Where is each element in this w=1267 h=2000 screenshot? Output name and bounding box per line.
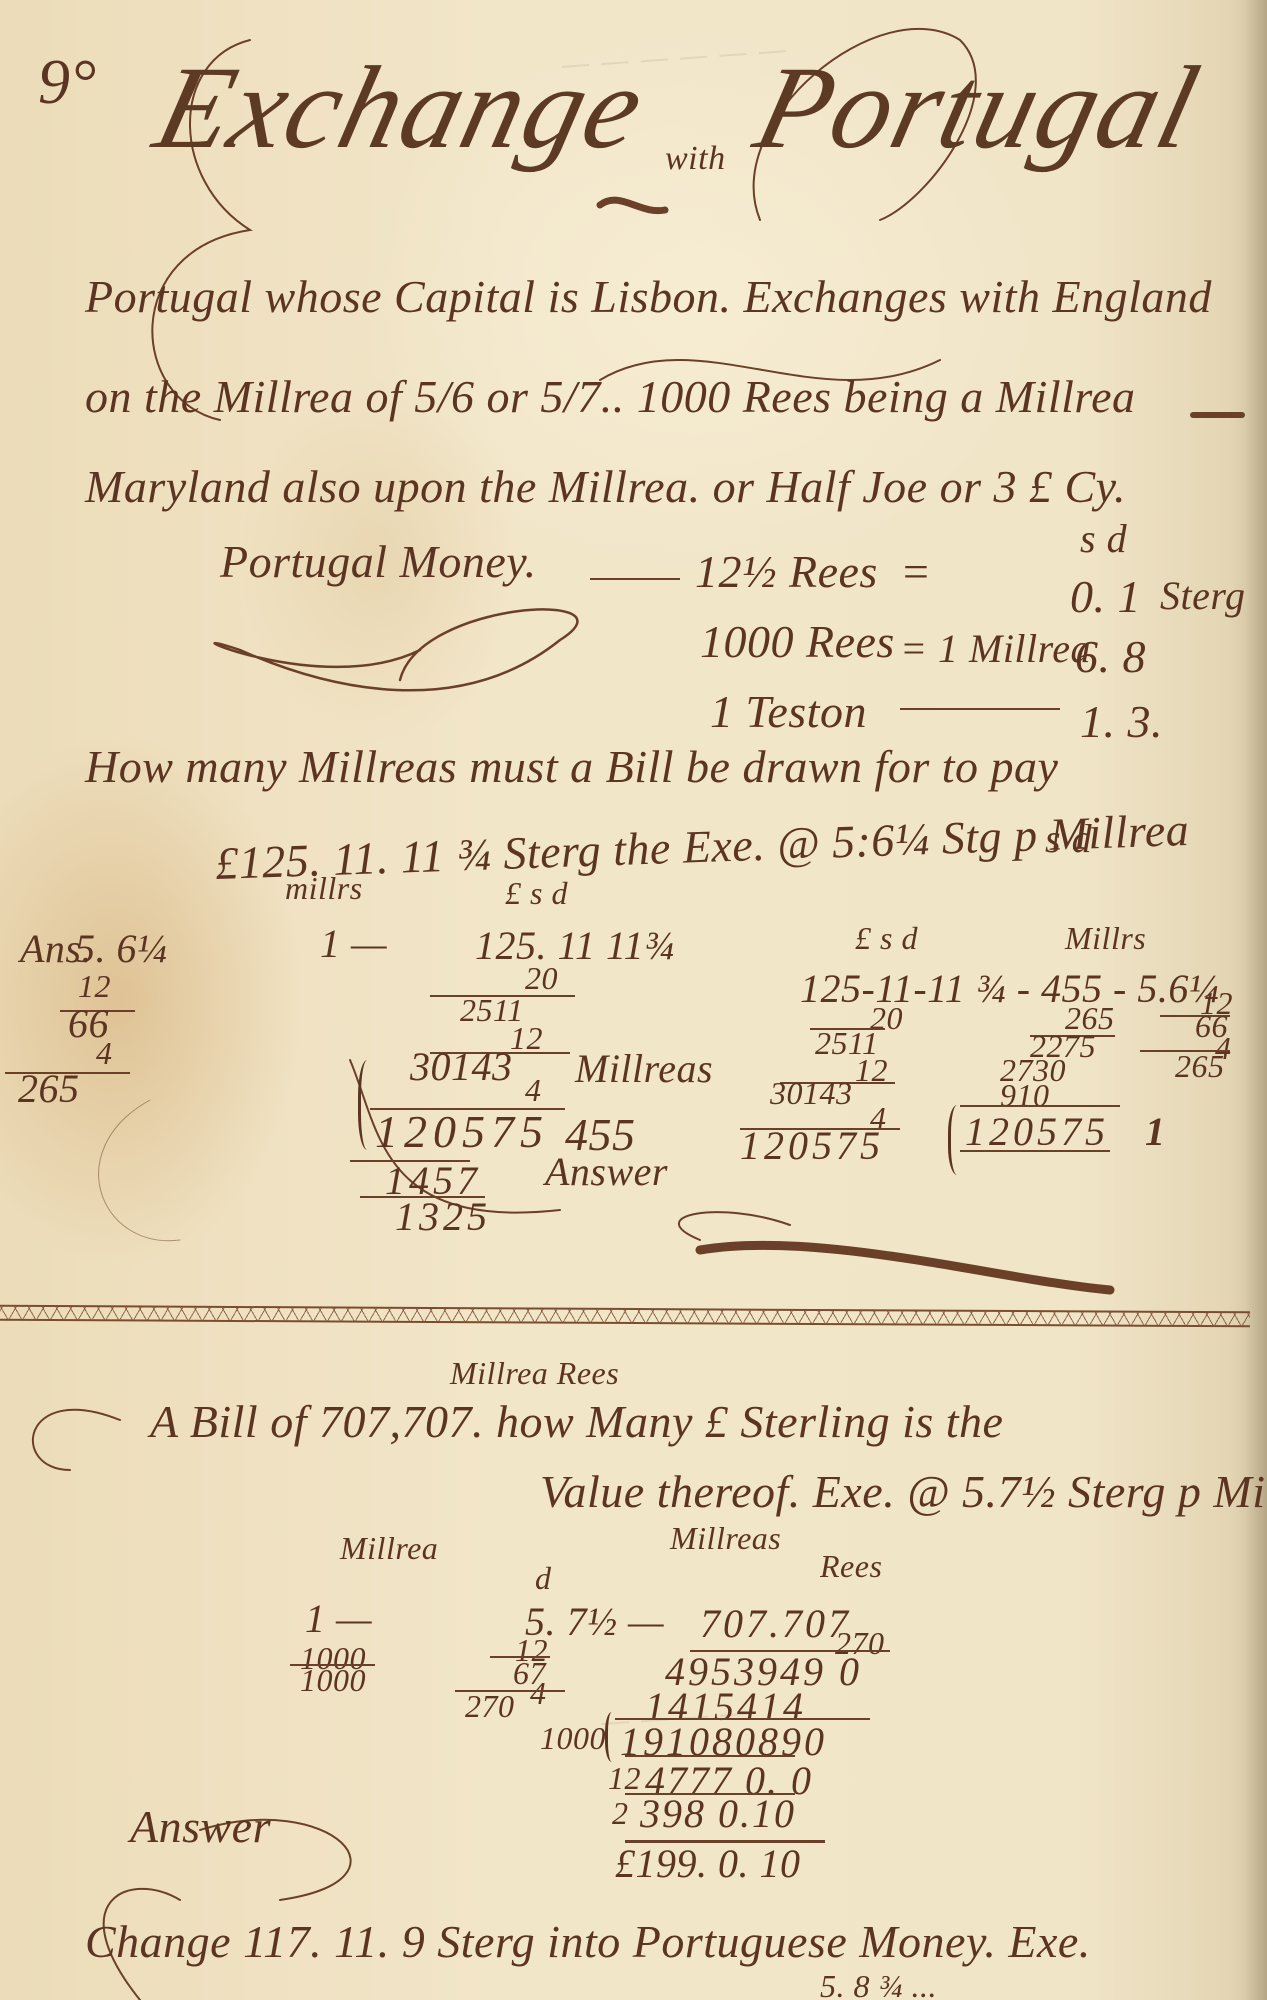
leader-line bbox=[590, 578, 680, 580]
money-table-sd-header: s d bbox=[1080, 515, 1127, 562]
section-number: 9° bbox=[38, 45, 97, 119]
money-row-3-left: 1 Teston bbox=[710, 685, 867, 738]
p1-left-step: 4 bbox=[96, 1035, 113, 1072]
intro-line-2: on the Millrea of 5/6 or 5/7.. 1000 Rees… bbox=[85, 370, 1136, 423]
p2-mid-step: 4 bbox=[530, 1675, 547, 1712]
p1-right-millrs: Millrs bbox=[1065, 920, 1146, 957]
leader-line bbox=[900, 708, 1060, 710]
ink-dash bbox=[1190, 412, 1245, 418]
p2-label-millrea: Millrea bbox=[340, 1530, 438, 1567]
title-with: with bbox=[665, 140, 726, 178]
p2-annotation: Millrea Rees bbox=[450, 1355, 619, 1392]
p2-answer-value: £199. 0. 10 bbox=[615, 1840, 801, 1887]
zigzag-divider bbox=[0, 1305, 1250, 1328]
p2-mid-step: 270 bbox=[465, 1688, 515, 1725]
p2-label-millreas: Millreas bbox=[670, 1520, 781, 1557]
p2-divisor-12: 12 bbox=[608, 1760, 641, 1797]
calc-rule bbox=[960, 1105, 1120, 1107]
page-edge-shadow bbox=[1245, 0, 1267, 2000]
p1-mid-step: 20 bbox=[525, 960, 558, 997]
p2-label-d: d bbox=[535, 1560, 552, 1597]
money-row-3-value: 1. 3. bbox=[1080, 695, 1163, 748]
money-table-heading: Portugal Money. bbox=[220, 535, 537, 588]
p2-divisor-2: 2 bbox=[612, 1795, 629, 1832]
p2-answer-label: Answer bbox=[130, 1800, 271, 1853]
p1-mid-first: 1 — bbox=[320, 920, 387, 967]
p2-line-1: A Bill of 707,707. how Many £ Sterling i… bbox=[150, 1395, 1003, 1448]
p1-mid-step: 30143 bbox=[410, 1043, 513, 1090]
problem1-question: How many Millreas must a Bill be drawn f… bbox=[85, 740, 1058, 793]
calc-rule bbox=[960, 1150, 1110, 1152]
p3-line: Change 117. 11. 9 Sterg into Portuguese … bbox=[85, 1915, 1091, 1968]
p2-line-2: Value thereof. Exe. @ 5.7½ Sterg p Millr… bbox=[540, 1465, 1267, 1518]
p1-right-step: 30143 bbox=[770, 1075, 853, 1112]
p1-right-header: £ s d bbox=[855, 920, 918, 957]
p2-left-step: 1 — bbox=[305, 1595, 372, 1642]
p1-mid-header: £ s d bbox=[505, 875, 568, 912]
money-row-1-equals: = bbox=[900, 545, 932, 598]
money-row-2-left: 1000 Rees bbox=[700, 615, 895, 668]
money-row-2-equals: = 1 Millrea bbox=[900, 625, 1091, 672]
p2-right-step: 707.707 bbox=[700, 1600, 851, 1647]
p1-proof-quotient: 1 bbox=[1145, 1108, 1166, 1155]
title-portugal: Portugal bbox=[743, 40, 1212, 176]
money-row-1-value: 0. 1 bbox=[1070, 570, 1141, 623]
intro-line-1: Portugal whose Capital is Lisbon. Exchan… bbox=[85, 270, 1212, 323]
p3-partial: 5. 8 ¾ ... bbox=[820, 1968, 937, 2000]
money-row-1-left: 12½ Rees bbox=[695, 545, 878, 598]
p1-right-amount: 125-11-11 ¾ - 455 - 5.6¼ bbox=[800, 965, 1219, 1012]
money-row-1-unit: Sterg bbox=[1160, 572, 1245, 619]
p1-proof-dividend: 120575 bbox=[965, 1108, 1109, 1155]
p1-unit-label: Millreas bbox=[575, 1045, 713, 1092]
money-row-2-value: 6. 8 bbox=[1075, 630, 1146, 683]
intro-line-3: Maryland also upon the Millrea. or Half … bbox=[85, 460, 1126, 513]
problem1-millrs-label: millrs bbox=[285, 870, 363, 907]
p1-right-step: 120575 bbox=[740, 1122, 884, 1169]
p1-mid-remainder: 1325 bbox=[395, 1193, 491, 1240]
manuscript-page: — — — — — — — — — — bbox=[0, 0, 1267, 2000]
p1-mid-step: 4 bbox=[525, 1072, 542, 1109]
p2-right-step: 398 0.10 bbox=[640, 1790, 796, 1837]
p1-right-step: 265 bbox=[1175, 1048, 1225, 1085]
p1-answer-label: Answer bbox=[545, 1148, 668, 1195]
p2-divisor-1000: 1000 bbox=[540, 1720, 606, 1757]
p1-left-step: 265 bbox=[18, 1065, 80, 1112]
p1-mid-amount: 125. 11 11¾ bbox=[475, 922, 675, 969]
p2-label-rees: Rees bbox=[820, 1548, 882, 1585]
p1-left-rate: 5. 6¼ bbox=[75, 925, 168, 972]
p1-mid-dividend: 120575 bbox=[375, 1105, 549, 1158]
title-exchange: Exchange bbox=[143, 40, 658, 176]
p2-left-step: 1000 bbox=[300, 1662, 366, 1699]
